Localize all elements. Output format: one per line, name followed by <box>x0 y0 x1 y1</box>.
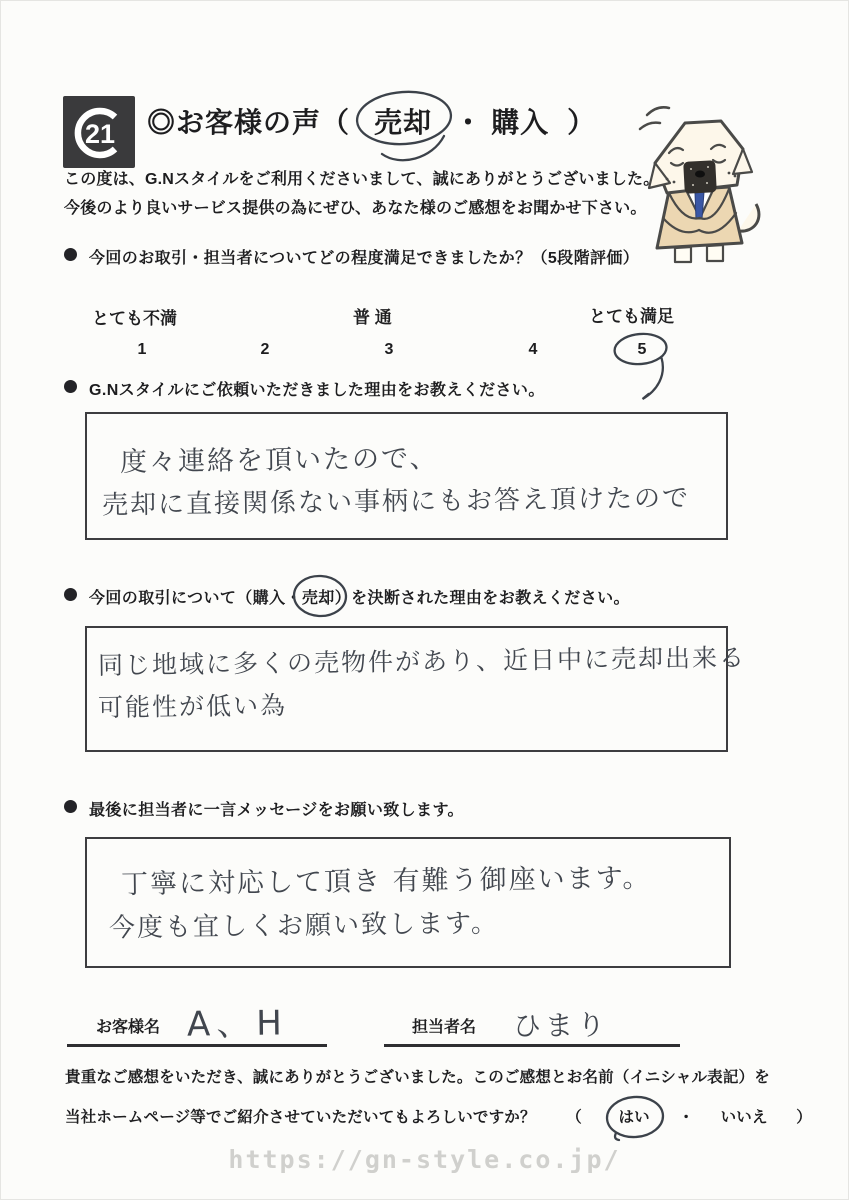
dog-mascot-icon <box>623 101 773 266</box>
scale-number-1: 1 <box>142 341 151 359</box>
intro-line1: この度は、G.Nスタイルをご利用くださいまして、誠にありがとうございました。 <box>64 165 659 194</box>
customer-feedback-form: 21 ◎お客様の声 （ 売却 ・ 購入 ） この度は、G.Nスタイルをご利用くだ… <box>0 0 849 1200</box>
customer-name-underline <box>67 1044 327 1047</box>
customer-name-value: A、H <box>187 995 288 1045</box>
scale-label-mid: 普 通 <box>353 303 392 328</box>
q1-bullet-icon <box>64 248 77 261</box>
title-text: ◎お客様の声 <box>147 101 321 141</box>
scale-number-4: 4 <box>533 341 542 359</box>
q3-option-sell: 売却 <box>302 585 335 608</box>
q4-answer-box: 丁寧に対応して頂き 有難う御座います。 今度も宜しくお願い致します。 <box>85 837 731 968</box>
q4-answer-line1: 丁寧に対応して頂き 有難う御座います。 <box>121 856 652 901</box>
q3-answer-line2: 可能性が低い為 <box>98 686 287 724</box>
scale-number-3: 3 <box>389 341 398 359</box>
agent-name-underline <box>384 1044 680 1047</box>
dog-mascot <box>623 101 773 271</box>
intro-line2: 今後のより良いサービス提供の為にぜひ、あなた様のご感想をお聞かせ下さい。 <box>64 194 659 223</box>
q2-answer-box: 度々連絡を頂いたので、 売却に直接関係ない事柄にもお答え頂けたので <box>85 412 728 540</box>
agent-name-value: ひまり <box>513 1003 609 1044</box>
q3-answer-box: 同じ地域に多くの売物件があり、近日中に売却出来る 可能性が低い為 <box>85 626 728 752</box>
intro-text: この度は、G.Nスタイルをご利用くださいまして、誠にありがとうございました。 今… <box>64 165 659 223</box>
logo-21-text: 21 <box>85 119 115 149</box>
footer-line1: 貴重なご感想をいただき、誠にありがとうございました。このご感想とお名前（イニシャ… <box>65 1065 770 1087</box>
customer-name-label: お客様名 <box>96 1014 160 1037</box>
watermark-url: https://gn-style.co.jp/ <box>1 1145 848 1174</box>
q3-bullet-icon <box>64 588 77 601</box>
title-paren-close: ） <box>567 101 596 141</box>
q2-answer-line1: 度々連絡を頂いたので、 <box>120 436 439 479</box>
century21-logo: 21 <box>63 96 135 173</box>
scale-number-2: 2 <box>265 341 274 359</box>
q3-answer-line1: 同じ地域に多くの売物件があり、近日中に売却出来る <box>98 638 746 682</box>
q2-bullet-icon <box>64 380 77 393</box>
q4-bullet-icon <box>64 800 77 813</box>
footer-line2: 当社ホームページ等でご紹介させていただいてもよろしいですか？ （ はい ・ いい… <box>65 1105 812 1127</box>
q3-question: 今回の取引について（購入・ 売却 ）を決断された理由をお教えください。 <box>89 585 630 608</box>
century21-logo-icon: 21 <box>63 96 135 168</box>
title-paren-open: （ <box>321 101 350 141</box>
footer-option-no: いいえ <box>721 1109 768 1126</box>
title-dot: ・ <box>454 101 483 141</box>
footer-paren-open: （ <box>566 1109 582 1126</box>
q4-answer-line2: 今度も宜しくお願い致します。 <box>109 903 499 945</box>
q4-question: 最後に担当者に一言メッセージをお願い致します。 <box>89 797 464 820</box>
title-option-buy: 購入 <box>491 101 549 141</box>
title-option-sell: 売却 <box>374 101 432 141</box>
scale-label-high: とても満足 <box>589 302 674 327</box>
q2-question: G.Nスタイルにご依頼いただきました理由をお教えください。 <box>89 377 545 400</box>
scale-label-low: とても不満 <box>92 304 177 329</box>
footer-dot: ・ <box>678 1109 694 1126</box>
footer-option-yes: はい <box>618 1105 649 1127</box>
agent-name-label: 担当者名 <box>412 1014 476 1037</box>
q1-question: 今回のお取引・担当者についてどの程度満足できましたか？（5段階評価） <box>89 245 639 268</box>
footer-paren-close: ） <box>796 1109 812 1126</box>
page-title: ◎お客様の声 （ 売却 ・ 購入 ） <box>147 101 596 141</box>
scale-number-5-selected: 5 <box>642 341 651 359</box>
q2-answer-line2: 売却に直接関係ない事柄にもお答え頂けたので <box>102 477 690 521</box>
